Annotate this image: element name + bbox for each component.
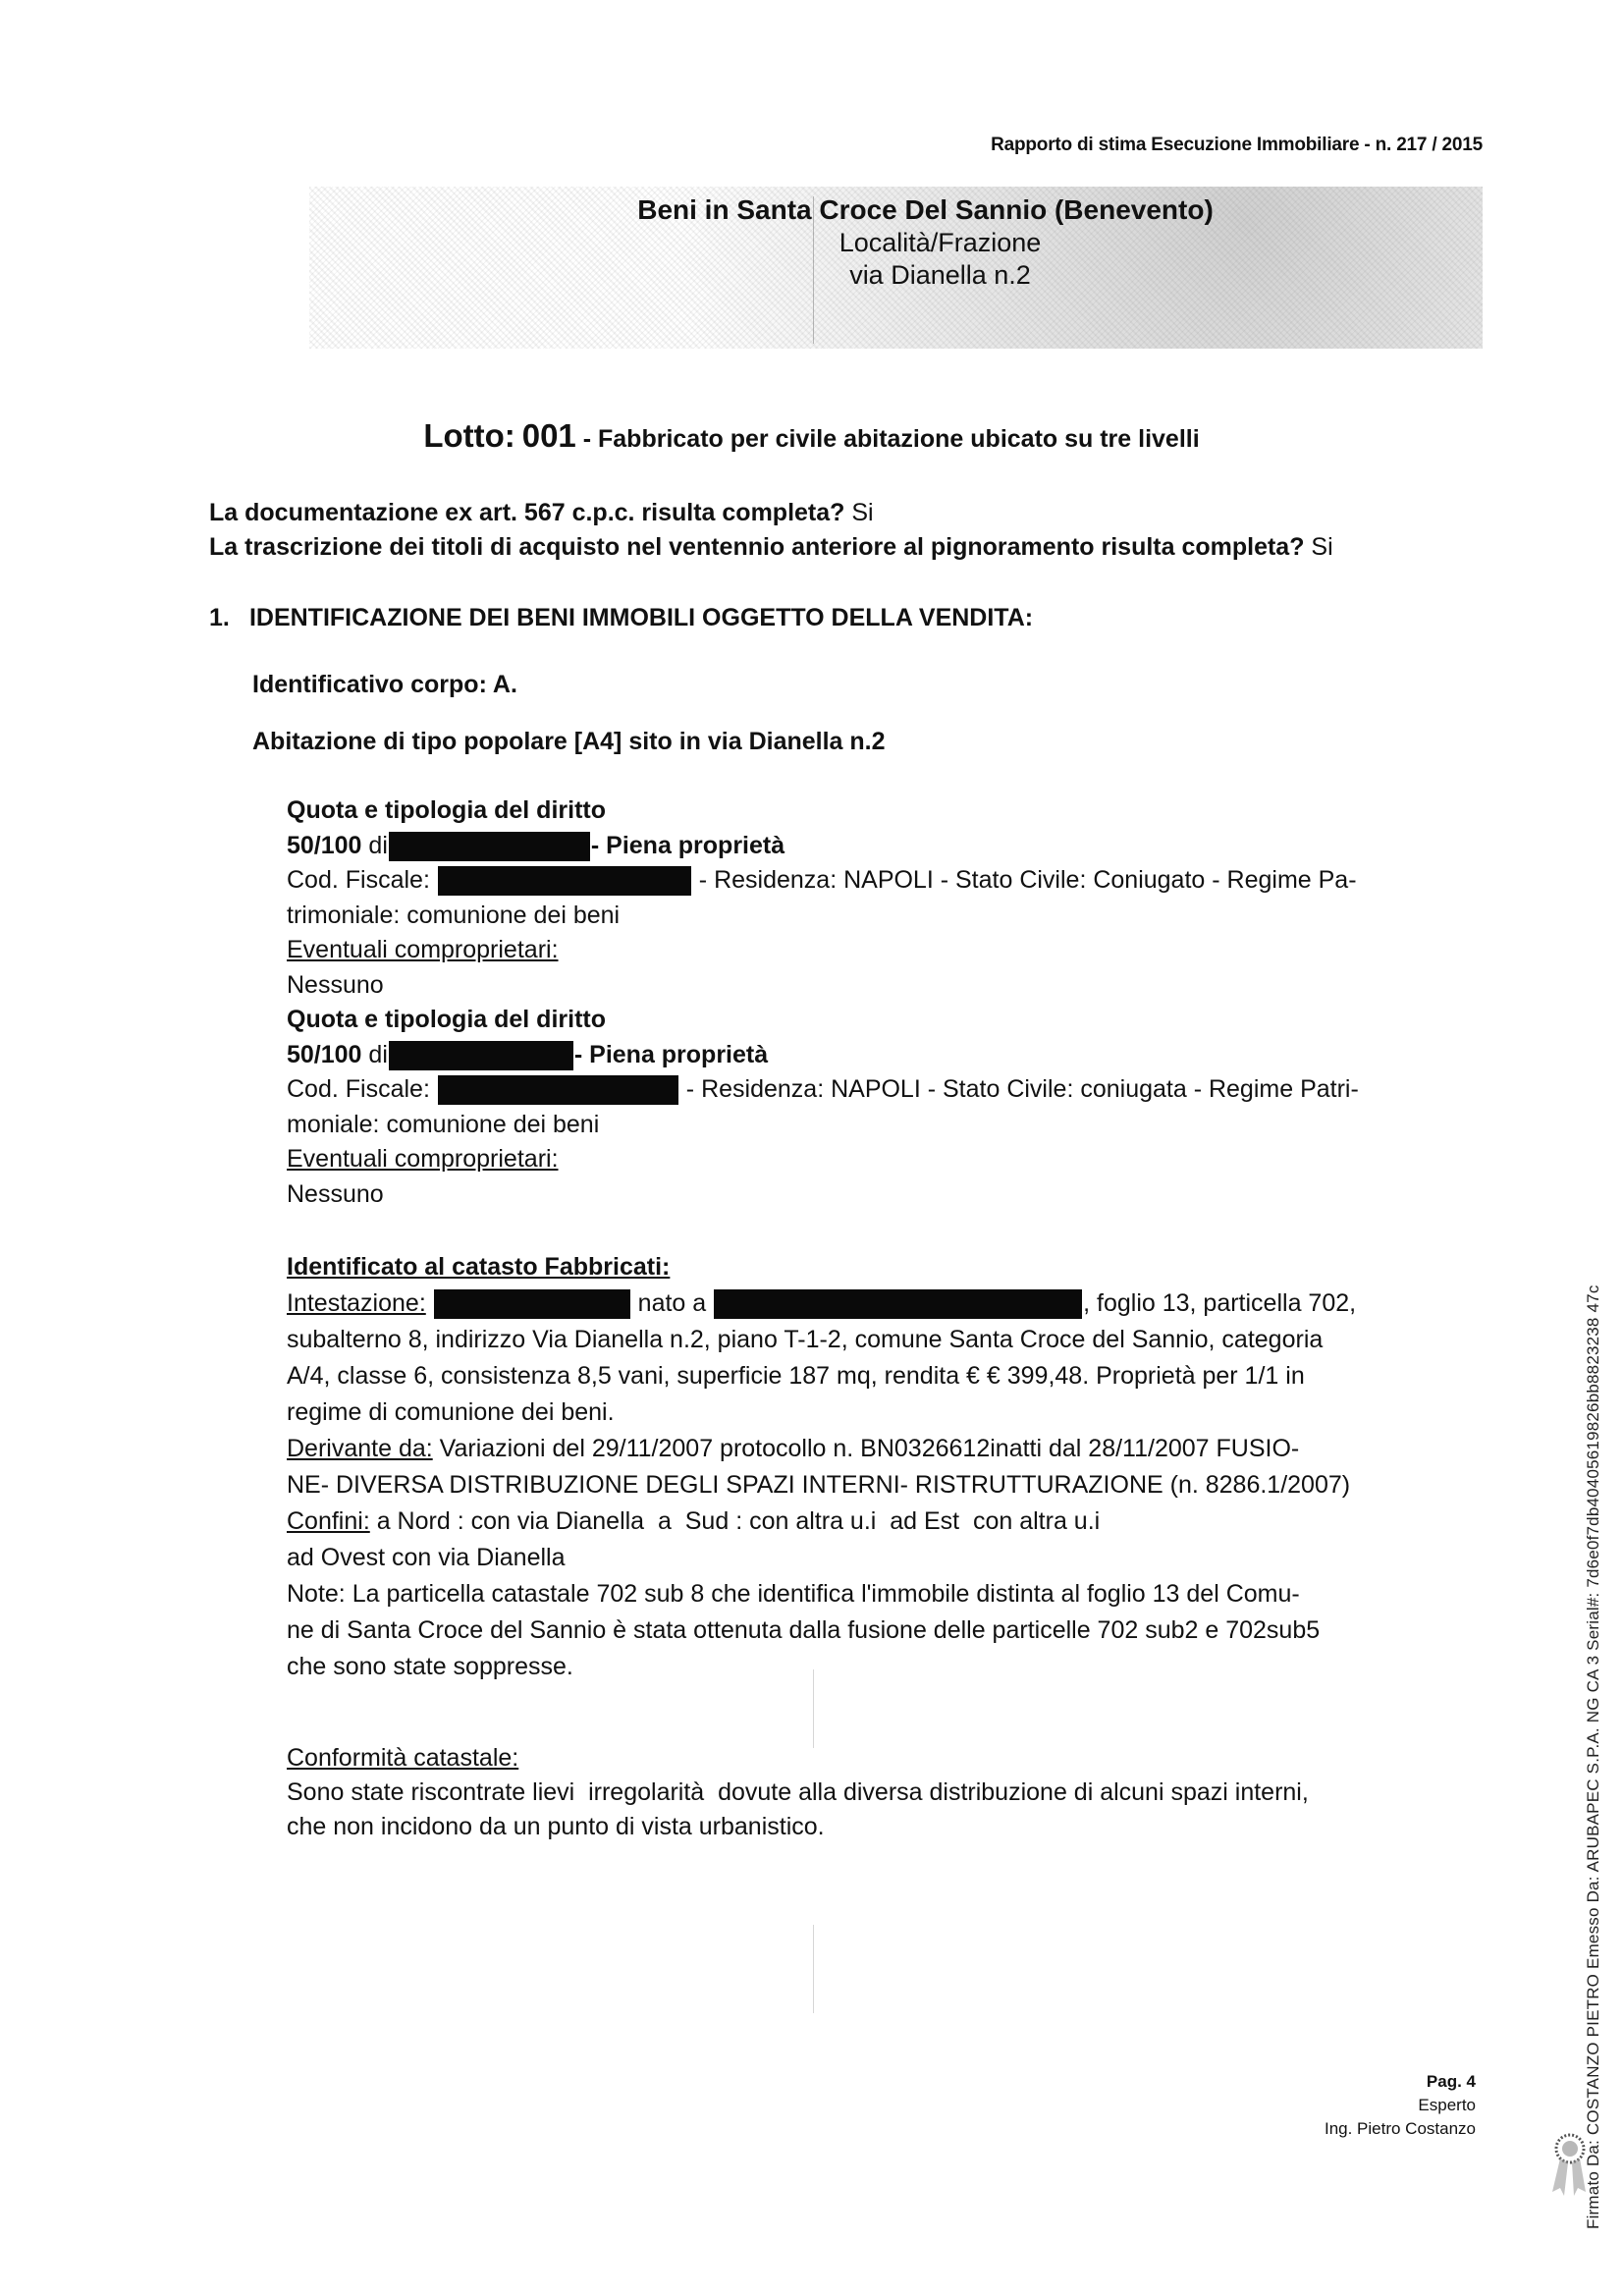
catasto-details-line: A/4, classe 6, consistenza 8,5 vani, sup…	[287, 1358, 1416, 1394]
nato-a-label: nato a	[631, 1289, 713, 1317]
lotto-description: - Fabbricato per civile abitazione ubica…	[576, 425, 1200, 453]
question-text: La trascrizione dei titoli di acquisto n…	[209, 533, 1304, 561]
abitazione-description: Abitazione di tipo popolare [A4] sito in…	[252, 728, 886, 756]
redacted-birthplace	[714, 1289, 1082, 1319]
codice-fiscale-line: Cod. Fiscale: - Residenza: NAPOLI - Stat…	[287, 1072, 1416, 1108]
redacted-codice-fiscale	[438, 1075, 678, 1105]
section-number: 1.	[209, 604, 243, 632]
quota-heading: Quota e tipologia del diritto	[287, 793, 1416, 829]
coowners-value: Nessuno	[287, 968, 1416, 1004]
question-documentazione: La documentazione ex art. 567 c.p.c. ris…	[209, 499, 874, 527]
coowners-value: Nessuno	[287, 1177, 1416, 1213]
redacted-owner-name	[389, 832, 590, 861]
coowners-label: Eventuali comproprietari:	[287, 1142, 1416, 1177]
intestazione-line: Intestazione: nato a , foglio 13, partic…	[287, 1285, 1416, 1322]
page-number: Pag. 4	[1325, 2070, 1476, 2094]
cf-details: - Residenza: NAPOLI - Stato Civile: Coni…	[699, 866, 1357, 894]
seal-ribbon-icon	[1546, 2131, 1591, 2200]
banner-title: Beni in Santa Croce Del Sannio (Benevent…	[309, 194, 1483, 226]
lotto-heading: Lotto: 001 - Fabbricato per civile abita…	[0, 417, 1623, 455]
quota-line: 50/100 di- Piena proprietà	[287, 829, 1416, 864]
owners-block: Quota e tipologia del diritto 50/100 di-…	[287, 793, 1416, 1212]
confini-text-cont: ad Ovest con via Dianella	[287, 1540, 1416, 1576]
cf-label: Cod. Fiscale:	[287, 1075, 430, 1103]
coowners-label: Eventuali comproprietari:	[287, 933, 1416, 968]
scan-artifact	[813, 1669, 814, 1748]
derivante-label: Derivante da:	[287, 1435, 433, 1462]
cf-label: Cod. Fiscale:	[287, 866, 430, 894]
identificativo-corpo: Identificativo corpo: A.	[252, 671, 517, 699]
derivante-text: Variazioni del 29/11/2007 protocollo n. …	[433, 1435, 1300, 1462]
confini-text: a Nord : con via Dianella a Sud : con al…	[370, 1507, 1100, 1535]
running-header: Rapporto di stima Esecuzione Immobiliare…	[991, 135, 1483, 156]
question-answer: Si	[844, 499, 873, 526]
confini-line: Confini: a Nord : con via Dianella a Sud…	[287, 1503, 1416, 1540]
intestazione-label: Intestazione:	[287, 1289, 426, 1317]
banner-address: via Dianella n.2	[309, 260, 1483, 291]
confini-label: Confini:	[287, 1507, 370, 1535]
redacted-intestatario	[434, 1289, 630, 1319]
lotto-label: Lotto:	[423, 417, 514, 454]
catasto-details-line: regime di comunione dei beni.	[287, 1394, 1416, 1431]
footer-author: Ing. Pietro Costanzo	[1325, 2117, 1476, 2141]
catasto-details-line: subalterno 8, indirizzo Via Dianella n.2…	[287, 1322, 1416, 1358]
question-trascrizione: La trascrizione dei titoli di acquisto n…	[209, 533, 1333, 562]
cf-details: - Residenza: NAPOLI - Stato Civile: coni…	[686, 1075, 1359, 1103]
conformita-label: Conformità catastale:	[287, 1741, 1416, 1776]
quota-fraction: 50/100	[287, 832, 361, 859]
scan-artifact	[813, 1925, 814, 2013]
quota-heading: Quota e tipologia del diritto	[287, 1003, 1416, 1038]
conformita-text: che non incidono da un punto di vista ur…	[287, 1810, 1416, 1844]
derivante-line: Derivante da: Variazioni del 29/11/2007 …	[287, 1431, 1416, 1467]
cf-details-cont: moniale: comunione dei beni	[287, 1108, 1416, 1143]
quota-di: di	[361, 1041, 387, 1068]
catasto-heading: Identificato al catasto Fabbricati:	[287, 1249, 1416, 1285]
section-title: IDENTIFICAZIONE DEI BENI IMMOBILI OGGETT…	[249, 604, 1033, 631]
section-heading: 1. IDENTIFICAZIONE DEI BENI IMMOBILI OGG…	[209, 604, 1033, 632]
conformita-text: Sono state riscontrate lievi irregolarit…	[287, 1776, 1416, 1810]
conformita-block: Conformità catastale: Sono state riscont…	[287, 1741, 1416, 1844]
location-banner: Beni in Santa Croce Del Sannio (Benevent…	[309, 187, 1483, 349]
note-line: che sono state soppresse.	[287, 1649, 1416, 1685]
footer-role: Esperto	[1325, 2094, 1476, 2117]
quota-line: 50/100 di- Piena proprietà	[287, 1038, 1416, 1073]
catasto-block: Identificato al catasto Fabbricati: Inte…	[287, 1249, 1416, 1685]
derivante-text-cont: NE- DIVERSA DISTRIBUZIONE DEGLI SPAZI IN…	[287, 1467, 1416, 1503]
quota-type: - Piena proprietà	[591, 832, 784, 859]
note-line: Note: La particella catastale 702 sub 8 …	[287, 1576, 1416, 1613]
redacted-owner-name	[389, 1041, 573, 1070]
cf-details-cont: trimoniale: comunione dei beni	[287, 899, 1416, 934]
digital-signature-stamp: Firmato Da: COSTANZO PIETRO Emesso Da: A…	[1584, 1285, 1603, 2229]
quota-type: - Piena proprietà	[574, 1041, 768, 1068]
question-text: La documentazione ex art. 567 c.p.c. ris…	[209, 499, 844, 526]
quota-fraction: 50/100	[287, 1041, 361, 1068]
quota-di: di	[361, 832, 387, 859]
intestazione-details: , foglio 13, particella 702,	[1083, 1289, 1356, 1317]
question-answer: Si	[1304, 533, 1332, 561]
scan-artifact	[813, 196, 814, 344]
redacted-codice-fiscale	[438, 866, 691, 896]
page-footer: Pag. 4 Esperto Ing. Pietro Costanzo	[1325, 2070, 1476, 2141]
banner-locality: Località/Frazione	[309, 228, 1483, 258]
codice-fiscale-line: Cod. Fiscale: - Residenza: NAPOLI - Stat…	[287, 863, 1416, 899]
note-line: ne di Santa Croce del Sannio è stata ott…	[287, 1613, 1416, 1649]
lotto-number: 001	[522, 417, 576, 454]
